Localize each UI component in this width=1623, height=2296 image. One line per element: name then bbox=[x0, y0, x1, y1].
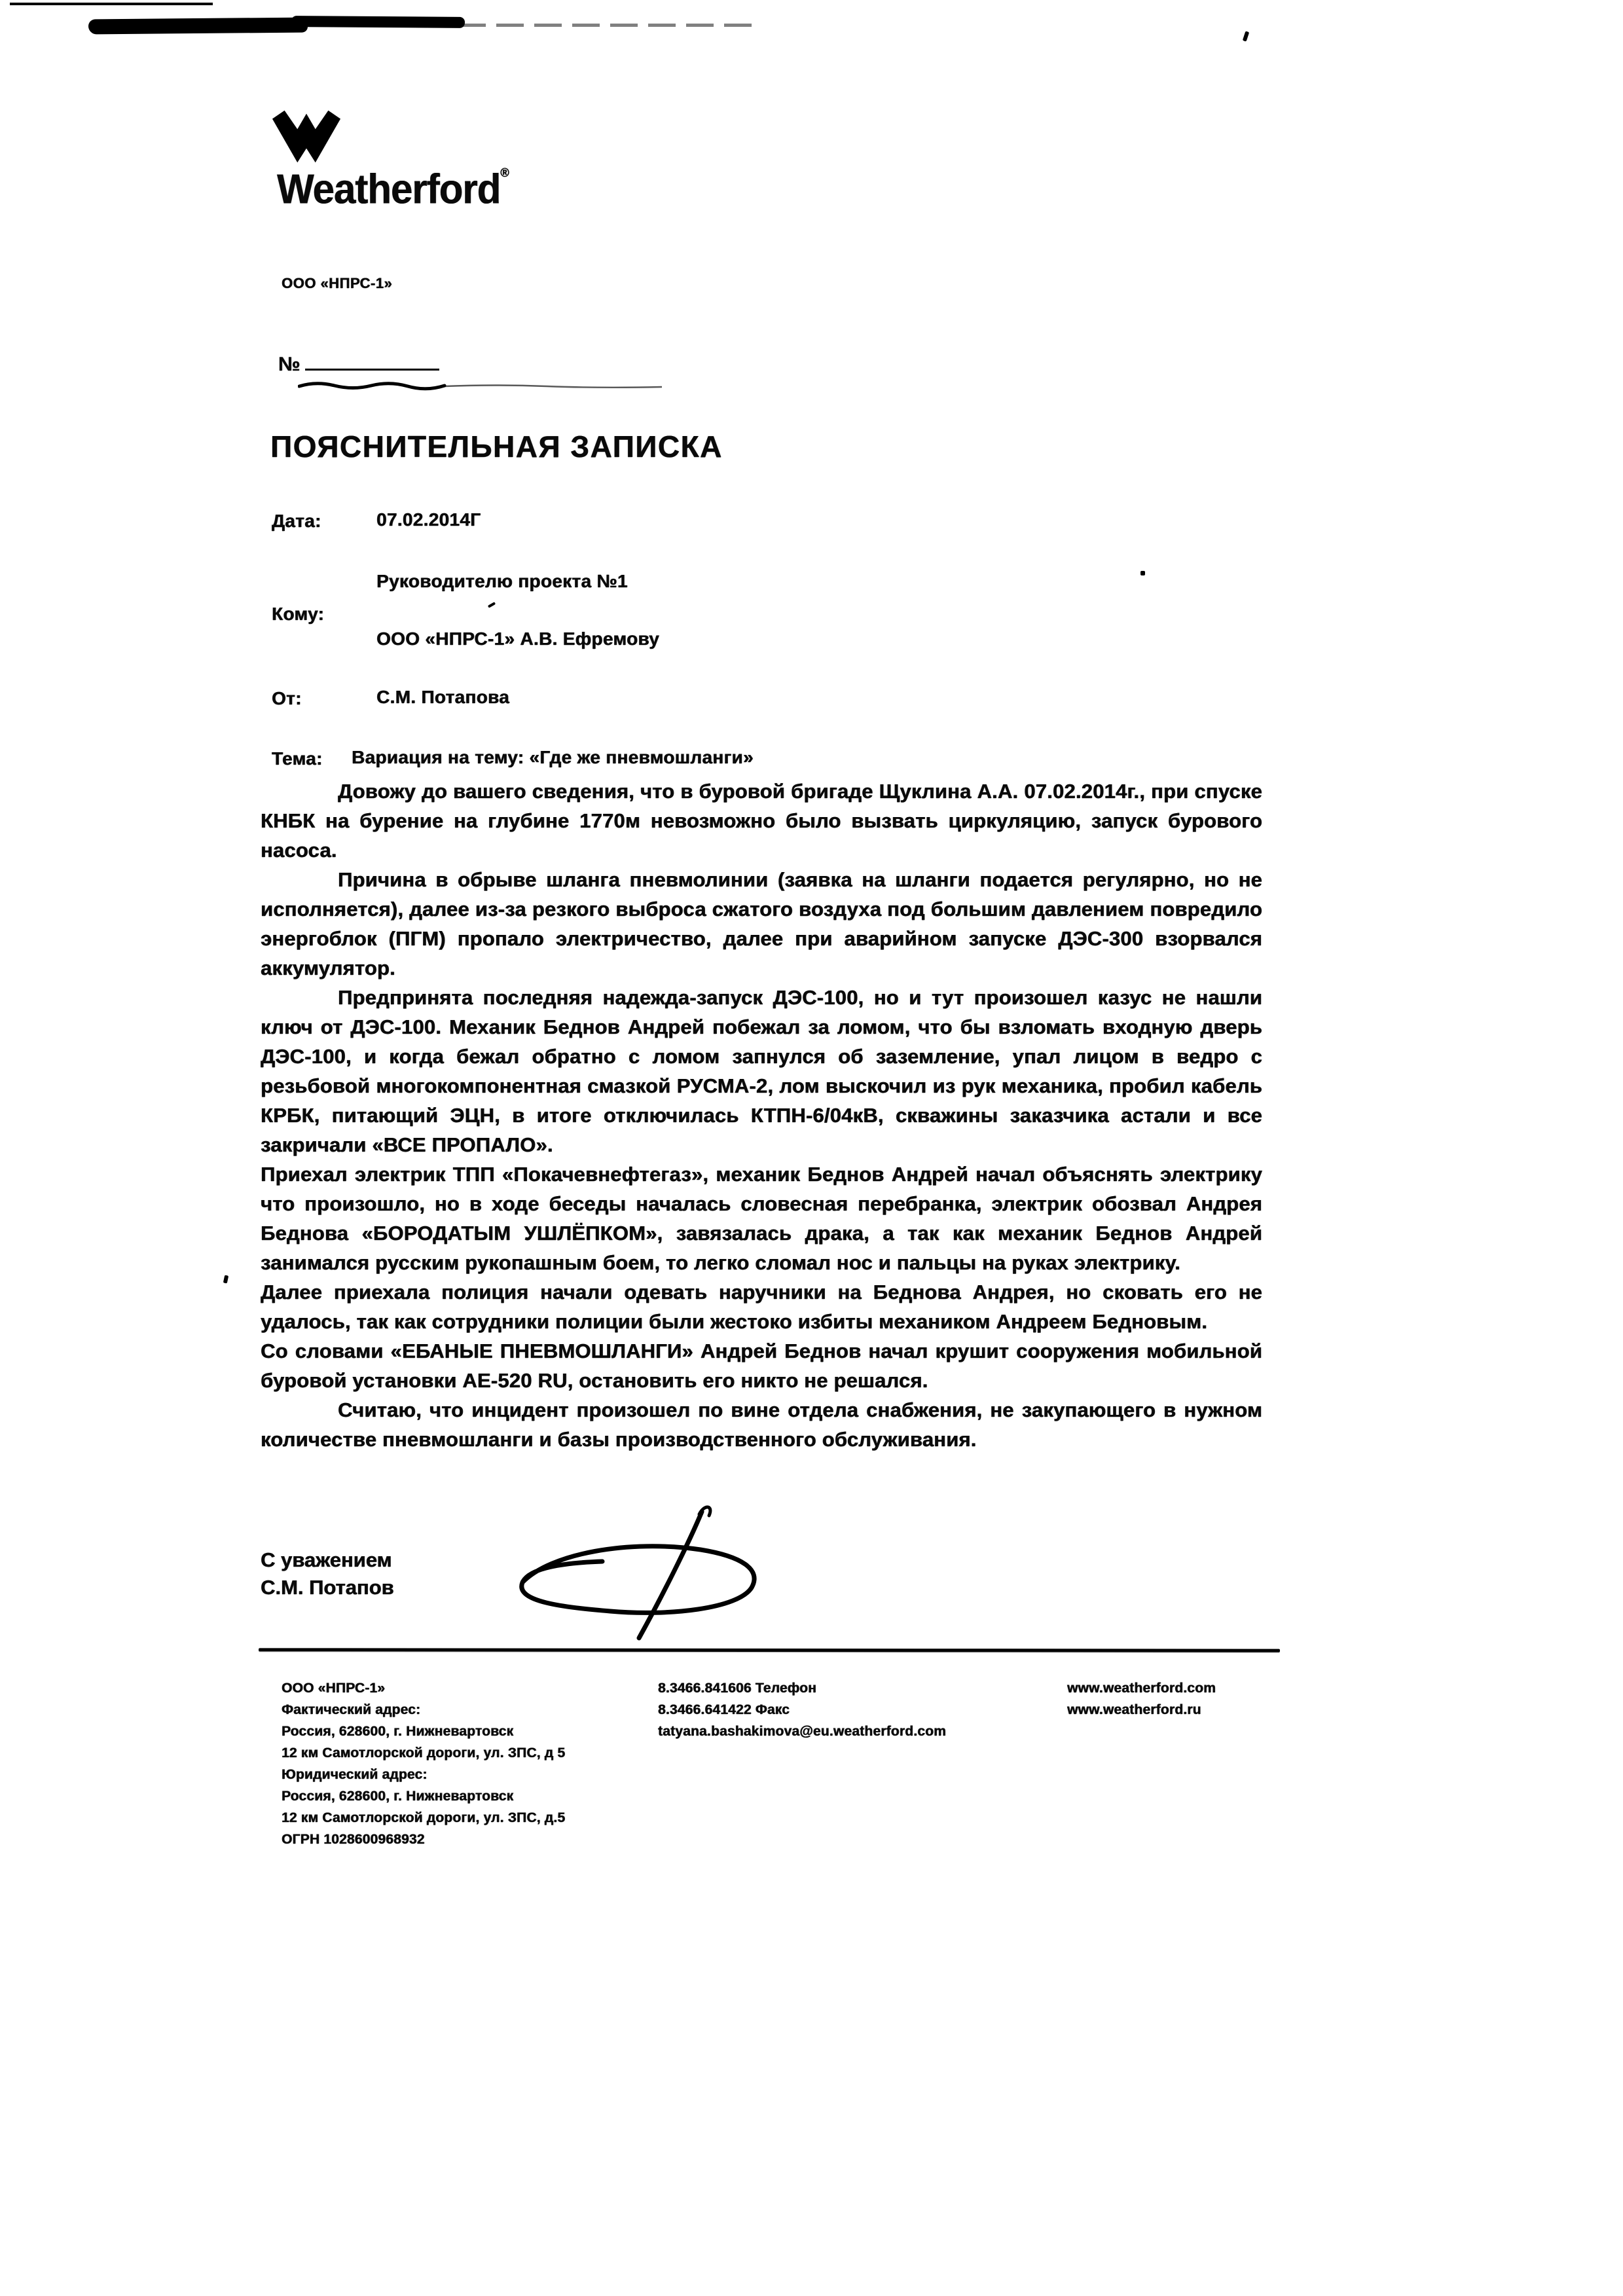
footer-address-line: ОГРН 1028600968932 bbox=[282, 1829, 655, 1850]
from-label: От: bbox=[272, 688, 302, 709]
scan-speck bbox=[1243, 31, 1249, 41]
footer-address-line: Фактический адрес: bbox=[282, 1699, 655, 1721]
scan-artifact-smudge bbox=[88, 18, 308, 35]
from-value: С.М. Потапова bbox=[376, 687, 509, 708]
body-paragraph: Приехал электрик ТПП «Покачевнефтегаз», … bbox=[261, 1159, 1262, 1277]
footer-contacts-column: 8.3466.841606 Телефон8.3466.641422 Факсt… bbox=[658, 1677, 1057, 1742]
scan-speck bbox=[223, 1275, 228, 1284]
footer-contact-line: tatyana.bashakimova@eu.weatherford.com bbox=[658, 1721, 1057, 1742]
document-number-row: № bbox=[278, 349, 439, 376]
to-label: Кому: bbox=[272, 604, 324, 625]
footer-address-line: Юридический адрес: bbox=[282, 1764, 655, 1785]
footer-divider bbox=[259, 1648, 1280, 1652]
weatherford-wordmark: Weatherford® bbox=[277, 165, 509, 213]
scan-artifact-smudge bbox=[291, 16, 465, 28]
footer-address-line: ООО «НПРС-1» bbox=[282, 1677, 655, 1699]
subject-label: Тема: bbox=[272, 748, 323, 769]
body-paragraph: Со словами «ЕБАНЫЕ ПНЕВМОШЛАНГИ» Андрей … bbox=[261, 1336, 1262, 1395]
footer-address-line: Россия, 628600, г. Нижневартовск bbox=[282, 1785, 655, 1807]
company-name-header: ООО «НПРС-1» bbox=[282, 275, 392, 292]
body-paragraph: Далее приехала полиция начали одевать на… bbox=[261, 1277, 1262, 1336]
footer-address-column: ООО «НПРС-1»Фактический адрес:Россия, 62… bbox=[282, 1677, 655, 1850]
scan-speck bbox=[488, 602, 496, 608]
scanned-memo-page: Weatherford® ООО «НПРС-1» № ПОЯСНИТЕЛЬНА… bbox=[0, 0, 1623, 2296]
footer-address-line: 12 км Самотлорской дороги, ул. ЗПС, д.5 bbox=[282, 1807, 655, 1829]
number-label: № bbox=[278, 354, 300, 375]
recipient-line-1: Руководителю проекта №1 bbox=[376, 571, 628, 592]
footer-address-line: 12 км Самотлорской дороги, ул. ЗПС, д 5 bbox=[282, 1742, 655, 1764]
handwritten-squiggle bbox=[298, 380, 665, 392]
signature-block: С уважением С.М. Потапов bbox=[261, 1546, 394, 1601]
number-blank-line bbox=[305, 349, 439, 371]
body-paragraph: Причина в обрыве шланга пневмолинии (зая… bbox=[261, 865, 1262, 983]
scan-speck bbox=[1140, 571, 1145, 575]
handwritten-signature bbox=[504, 1503, 786, 1643]
signature-closing: С уважением bbox=[261, 1546, 394, 1574]
recipient-line-2: ООО «НПРС-1» А.В. Ефремову bbox=[376, 629, 659, 649]
scan-artifact-line bbox=[10, 3, 213, 5]
body-paragraph: Предпринята последняя надежда-запуск ДЭС… bbox=[261, 983, 1262, 1159]
page-title: ПОЯСНИТЕЛЬНАЯ ЗАПИСКА bbox=[270, 429, 723, 464]
body-paragraph: Считаю, что инцидент произошел по вине о… bbox=[261, 1395, 1262, 1454]
trademark-symbol: ® bbox=[500, 166, 509, 179]
subject-value: Вариация на тему: «Где же пневмошланги» bbox=[352, 747, 754, 768]
memo-body-text: Довожу до вашего сведения, что в буровой… bbox=[261, 776, 1262, 1454]
date-value: 07.02.2014Г bbox=[376, 509, 481, 530]
signature-name: С.М. Потапов bbox=[261, 1574, 394, 1601]
weatherford-logo-icon bbox=[270, 108, 342, 164]
footer-address-line: Россия, 628600, г. Нижневартовск bbox=[282, 1721, 655, 1742]
footer-contact-line: 8.3466.841606 Телефон bbox=[658, 1677, 1057, 1699]
scan-artifact-smudge-tail bbox=[458, 24, 756, 27]
date-label: Дата: bbox=[272, 511, 321, 532]
footer-website-line: www.weatherford.ru bbox=[1067, 1699, 1342, 1721]
footer-contact-line: 8.3466.641422 Факс bbox=[658, 1699, 1057, 1721]
footer-websites-column: www.weatherford.comwww.weatherford.ru bbox=[1067, 1677, 1342, 1721]
footer-website-line: www.weatherford.com bbox=[1067, 1677, 1342, 1699]
body-paragraph: Довожу до вашего сведения, что в буровой… bbox=[261, 776, 1262, 865]
